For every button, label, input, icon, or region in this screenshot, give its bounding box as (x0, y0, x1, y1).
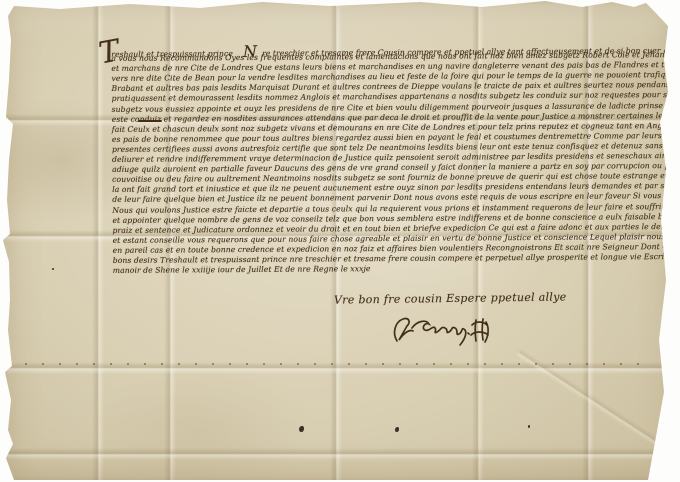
parchment-edge-shadow (0, 0, 680, 482)
parchment-sheet: T reshault et trespuissant prince N re t… (0, 0, 680, 482)
photo-backdrop: T reshault et trespuissant prince N re t… (0, 0, 680, 482)
